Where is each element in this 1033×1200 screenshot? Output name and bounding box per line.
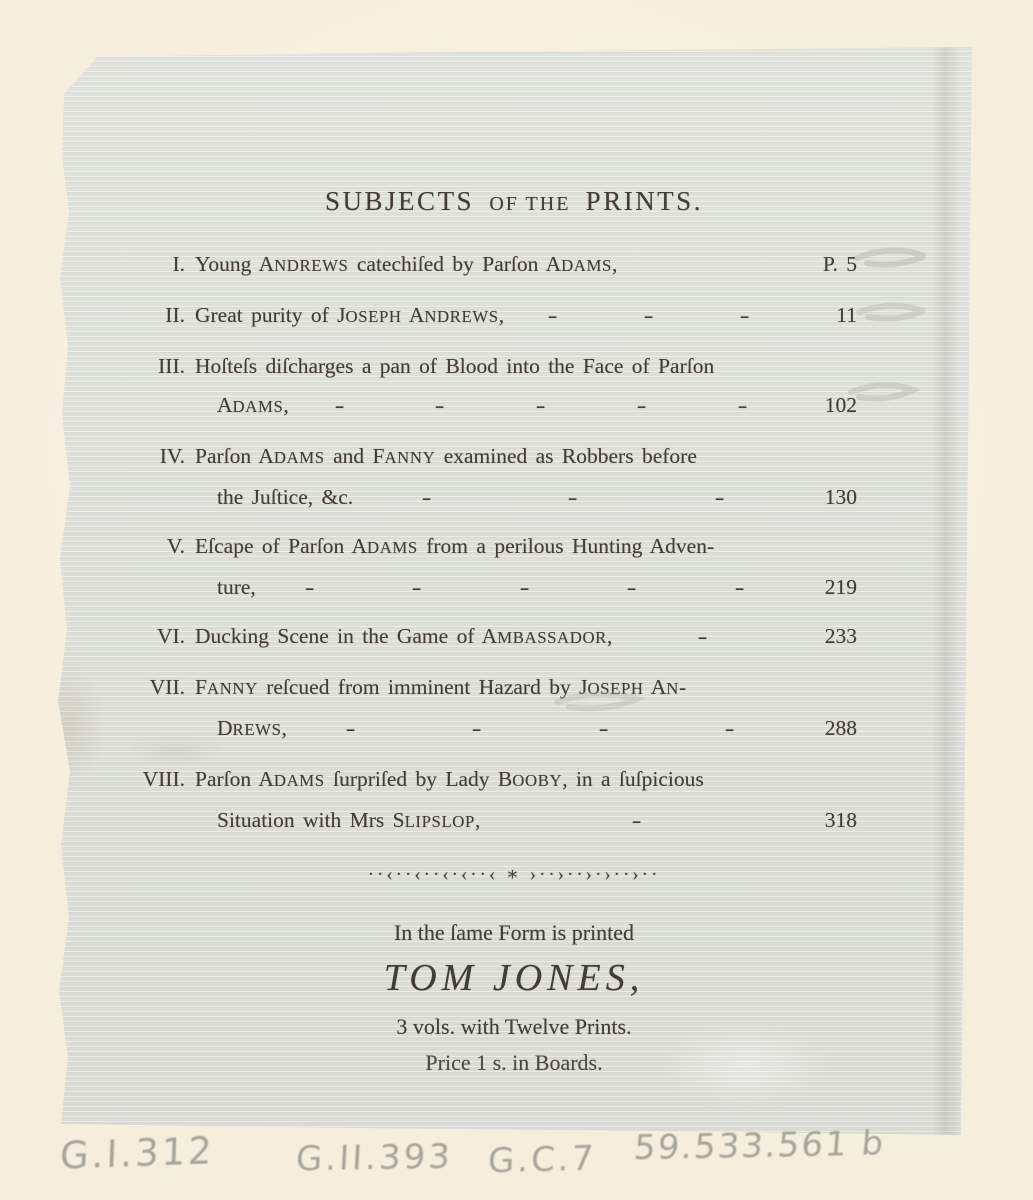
accession-annotation: G.I.312 [59,1129,215,1177]
toc-numeral: VI. [55,623,195,649]
accession-annotation: G.II.393 [295,1137,454,1180]
leader-dash: - [598,715,608,741]
colophon-volumes: 3 vols. with Twelve Prints. [55,1014,973,1040]
page-title: SUBJECTS OF THE PRINTS. [55,186,973,219]
leader-dash: - [698,623,708,649]
leader-dash: - [472,715,482,741]
title-word-subjects: SUBJECTS [325,186,474,216]
leader-dash: - [740,302,750,328]
leader-dash: - [422,484,432,510]
toc-item: VIII.Parſon ADAMS ſurpriſed by Lady BOOB… [55,766,857,835]
leader-dash: - [725,715,735,741]
leader-dash: - [536,392,546,418]
small-caps: ANNY [207,679,258,698]
toc-line-continuation: Situation with Mrs SLIPSLOP,-318 [55,807,857,835]
small-caps: OOBY [512,771,562,790]
small-caps: DAMS [561,256,612,275]
mat-board: SUBJECTS OF THE PRINTS. I.Young ANDREWS … [0,0,1033,1200]
page-number: 318 [793,807,857,833]
toc-entry-text: ADAMS, [195,392,289,420]
colophon-intro: In the ſame Form is printed [55,920,973,946]
small-caps: DAMS [274,448,325,467]
toc-entry-text: Hoſteſs diſcharges a pan of Blood into t… [195,353,714,379]
pencil-smudge-mark [859,306,923,319]
leader-dash: - [435,392,445,418]
toc-entry-text: DREWS, [195,715,287,743]
toc-entry-text: Situation with Mrs SLIPSLOP, [195,807,480,835]
paper-sheet: SUBJECTS OF THE PRINTS. I.Young ANDREWS … [55,46,973,1136]
leader-dash: - [547,302,557,328]
leader-dash: - [345,715,355,741]
small-caps: ANNY [384,448,435,467]
small-caps: MBASSADOR [497,628,607,647]
page-number: P. 5 [793,251,857,277]
dash-leaders: ----- [256,574,793,600]
leader-dash: - [568,484,578,510]
page-number: 288 [793,715,857,741]
leader-dash: - [644,302,654,328]
small-caps: N [666,679,679,698]
toc-line: VIII.Parſon ADAMS ſurpriſed by Lady BOOB… [55,766,857,794]
leader-dash: - [412,574,422,600]
toc-line: V.Eſcape of Parſon ADAMS from a perilous… [55,533,857,561]
title-connector: OF THE [489,193,570,215]
small-caps: REWS [233,720,282,739]
toc-line: I.Young ANDREWS catechiſed by Parſon ADA… [55,251,857,279]
small-caps: DAMS [367,538,418,557]
dash-leaders: ---- [287,715,793,741]
work-title: TOM JONES, [55,956,973,1000]
toc-entry-text: Eſcape of Parſon ADAMS from a perilous H… [195,533,714,561]
page-number: 130 [793,484,857,510]
page-number: 102 [793,392,857,418]
toc-line-continuation: DREWS,----288 [55,715,857,743]
small-caps: OSEPH [346,307,402,326]
toc-numeral: VII. [55,674,195,700]
toc-entry-text: FANNY reſcued from imminent Hazard by JO… [195,674,686,702]
dash-leaders: - [480,807,793,833]
small-caps: NDREWS [274,256,348,275]
dash-leaders: --- [504,302,793,328]
accession-annotation: G.C.7 [487,1139,597,1182]
toc-line-continuation: ADAMS,-----102 [55,392,857,420]
dash-leaders: ----- [289,392,793,418]
dash-leaders: - [612,623,793,649]
toc-entry-text: Parſon ADAMS and FANNY examined as Robbe… [195,443,697,471]
toc-entry-text: Great purity of JOSEPH ANDREWS, [195,302,504,330]
toc-line: IV.Parſon ADAMS and FANNY examined as Ro… [55,443,857,471]
ornament-divider: ··‹··‹··‹·‹··‹ ∗ ›··›··›·›··›·· [55,863,973,886]
dash-leaders: --- [353,484,793,510]
toc-line: III.Hoſteſs diſcharges a pan of Blood in… [55,353,857,379]
toc-item: I.Young ANDREWS catechiſed by Parſon ADA… [55,251,857,279]
leader-dash: - [734,574,744,600]
toc-numeral: I. [55,251,195,277]
title-word-prints: PRINTS. [586,186,703,216]
colophon-price: Price 1 s. in Boards. [55,1050,973,1076]
toc-item: VII.FANNY reſcued from imminent Hazard b… [55,674,857,743]
pencil-smudge-mark [851,385,913,399]
leader-dash: - [715,484,725,510]
toc-line: VII.FANNY reſcued from imminent Hazard b… [55,674,857,702]
pencil-smudge-mark [857,250,925,264]
toc-entry-text: ture, [195,574,256,600]
leader-dash: - [738,392,748,418]
toc-item: VI.Ducking Scene in the Game of AMBASSAD… [55,623,857,651]
toc-numeral: V. [55,533,195,559]
toc-item: IV.Parſon ADAMS and FANNY examined as Ro… [55,443,857,510]
leader-dash: - [627,574,637,600]
leader-dash: - [520,574,530,600]
toc-line: VI.Ducking Scene in the Game of AMBASSAD… [55,623,857,651]
leader-dash: - [632,807,642,833]
toc-item: II.Great purity of JOSEPH ANDREWS,---11 [55,302,857,330]
toc-numeral: III. [55,353,195,379]
toc-entry-text: the Juſtice, &c. [195,484,353,510]
toc-item: V.Eſcape of Parſon ADAMS from a perilous… [55,533,857,600]
toc-entry-text: Young ANDREWS catechiſed by Parſon ADAMS… [195,251,617,279]
small-caps: DAMS [233,397,284,416]
page-number: 219 [793,574,857,600]
toc-line: II.Great purity of JOSEPH ANDREWS,---11 [55,302,857,330]
small-caps: DAMS [274,771,325,790]
toc-line-continuation: the Juſtice, &c.---130 [55,484,857,510]
leader-dash: - [637,392,647,418]
small-caps: OSEPH [587,679,643,698]
leader-dash: - [334,392,344,418]
toc-entry-text: Ducking Scene in the Game of AMBASSADOR, [195,623,612,651]
small-caps: LIPSLOP [405,812,475,831]
accession-annotation: 59.533.561 b [632,1124,887,1168]
page-number: 11 [793,302,857,328]
toc-numeral: II. [55,302,195,328]
toc-list: I.Young ANDREWS catechiſed by Parſon ADA… [55,251,857,835]
toc-entry-text: Parſon ADAMS ſurpriſed by Lady BOOBY, in… [195,766,704,794]
toc-numeral: VIII. [55,766,195,792]
small-caps: NDREWS [424,307,498,326]
leader-dash: - [305,574,315,600]
page-number: 233 [793,623,857,649]
colophon: In the ſame Form is printed TOM JONES, 3… [55,920,973,1076]
toc-item: III.Hoſteſs diſcharges a pan of Blood in… [55,353,857,420]
toc-numeral: IV. [55,443,195,469]
toc-line-continuation: ture,-----219 [55,574,857,600]
